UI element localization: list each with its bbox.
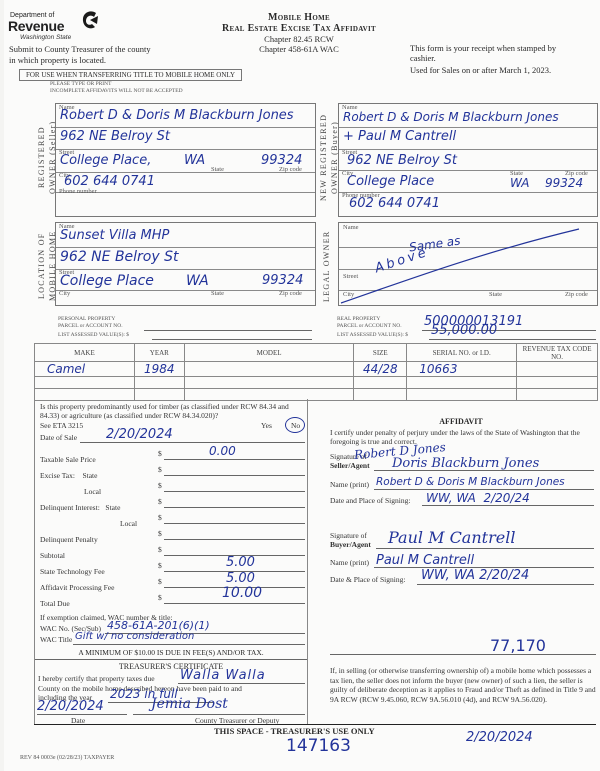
date-of-sale-field[interactable]: 2/20/2024 <box>80 433 305 443</box>
seller-date-label: Date and Place of Signing: <box>330 496 410 505</box>
cell-tax-code[interactable] <box>517 389 598 401</box>
col-make: MAKE <box>35 344 135 362</box>
table-header-row: MAKE YEAR MODEL SIZE SERIAL NO. or I.D. … <box>35 344 598 362</box>
affidavit-heading: AFFIDAVIT <box>330 417 592 426</box>
dor-swoosh-icon <box>80 10 100 32</box>
dor-logo: Department of Revenue Washington State <box>8 10 98 44</box>
seller-name-field[interactable]: Robert D & Doris M Blackburn Jones <box>60 108 294 123</box>
currency-symbol: $ <box>158 577 162 586</box>
buyer-city-field[interactable]: College Place <box>347 174 434 189</box>
location-zip-field[interactable]: 99324 <box>262 273 303 288</box>
state-label: State <box>211 290 224 297</box>
buyer-name-label: Name (print) <box>330 558 369 567</box>
legal-owner-section-label: LEGAL OWNER <box>322 222 336 310</box>
real-parcel-label: PARCEL or ACCOUNT NO. <box>337 323 402 329</box>
cell-serial[interactable]: 10663 <box>407 362 517 377</box>
title-line-2: Real Estate Excise Tax Affidavit <box>194 23 404 34</box>
buyer-date-label: Date & Place of Signing: <box>330 575 405 584</box>
legal-owner-box: Name Street City State Zip code Same as … <box>338 222 598 306</box>
tax-line-value: 5.00 <box>226 571 255 586</box>
buyer-signature-field[interactable]: Paul M Cantrell <box>376 538 594 549</box>
buyer-print-name: Paul M Cantrell <box>376 553 474 568</box>
personal-parcel-field[interactable] <box>144 322 312 331</box>
minimum-due-note: A MINIMUM OF $10.00 IS DUE IN FEE(S) AND… <box>35 648 307 657</box>
personal-property-heading: PERSONAL PROPERTY <box>58 316 115 322</box>
wac-title-field[interactable]: Gift w/ no consideration <box>73 635 305 645</box>
taxable-price-field[interactable]: 0.00 <box>164 449 305 460</box>
treasurer-cert-text-1: I hereby certify that property taxes due <box>38 674 155 683</box>
excise-state-field[interactable] <box>164 465 305 476</box>
currency-symbol: $ <box>158 593 162 602</box>
location-label-line: LOCATION OF <box>37 233 46 300</box>
delinquent-penalty-field[interactable] <box>164 529 305 540</box>
zip-label: Zip code <box>279 290 302 297</box>
tax-lines: Taxable Sale Price $ 0.00 Excise Tax: St… <box>40 449 305 609</box>
receipt-note-line: This form is your receipt when stamped b… <box>410 43 600 53</box>
seller-street-field[interactable]: 962 NE Belroy St <box>60 129 170 144</box>
receipt-note-line: cashier. <box>410 53 600 63</box>
buyer-zip-field[interactable]: 99324 <box>545 176 583 190</box>
tax-line: State Technology Fee $ 5.00 <box>40 561 305 577</box>
wac-title-label: WAC Title <box>40 635 72 644</box>
cell-make[interactable]: Camel <box>35 362 135 377</box>
cert-date-field[interactable]: 2/20/2024 <box>37 704 127 715</box>
cell-size[interactable] <box>354 377 407 389</box>
cell-year[interactable] <box>134 377 184 389</box>
county-value: Walla Walla <box>180 668 266 683</box>
tax-line-value: 0.00 <box>209 444 236 458</box>
lien-notice: If, in selling (or otherwise transferrin… <box>330 666 596 704</box>
cell-model[interactable] <box>184 377 354 389</box>
buyer-label-line: NEW REGISTERED <box>319 113 328 200</box>
tax-line-label: Taxable Sale Price <box>40 455 96 464</box>
selected-circle <box>285 417 305 433</box>
cell-serial[interactable] <box>407 389 517 401</box>
chapter-wac: Chapter 458-61A WAC <box>194 44 404 54</box>
buyer-date-value: WW, WA 2/20/24 <box>421 568 529 583</box>
real-assessed-label: LIST ASSESSED VALUE(S): $ <box>337 332 408 338</box>
title-line-1: Mobile Home <box>194 12 404 23</box>
cell-size[interactable] <box>354 389 407 401</box>
tax-line-label: Excise Tax: State <box>40 471 97 480</box>
tax-line: Delinquent Penalty $ <box>40 529 305 545</box>
cert-date-value: 2/20/2024 <box>37 699 104 714</box>
currency-symbol: $ <box>158 513 162 522</box>
city-label: City <box>59 290 70 297</box>
table-row: Camel 1984 44/28 10663 <box>35 362 598 377</box>
date-of-sale-label: Date of Sale <box>40 433 77 442</box>
real-property-heading: REAL PROPERTY <box>337 316 380 322</box>
currency-symbol: $ <box>158 545 162 554</box>
timber-yes-option[interactable]: Yes <box>261 421 272 430</box>
currency-symbol: $ <box>158 481 162 490</box>
stamp-date: 2/20/2024 <box>466 730 533 745</box>
receipt-note: This form is your receipt when stamped b… <box>410 43 600 75</box>
total-due-field[interactable]: 10.00 <box>164 593 305 604</box>
county-field[interactable]: Walla Walla <box>178 674 305 684</box>
tax-line-label: Delinquent Penalty <box>40 535 98 544</box>
incomplete-note: INCOMPLETE AFFIDAVITS WILL NOT BE ACCEPT… <box>50 88 183 94</box>
receipt-number-line: 77,170 <box>330 640 596 655</box>
cell-year[interactable]: 1984 <box>134 362 184 377</box>
buyer-signature: Paul M Cantrell <box>388 528 515 547</box>
buyer-box: Name Robert D & Doris M Blackburn Jones … <box>338 103 598 217</box>
currency-symbol: $ <box>158 497 162 506</box>
affidavit-section: AFFIDAVIT I certify under penalty of per… <box>330 417 592 446</box>
mobile-home-table: MAKE YEAR MODEL SIZE SERIAL NO. or I.D. … <box>34 343 598 401</box>
sales-date-note: Used for Sales on or after March 1, 2023… <box>410 65 600 75</box>
type-or-print-note: PLEASE TYPE OR PRINT <box>50 81 111 87</box>
buyer-street-field[interactable]: 962 NE Belroy St <box>347 153 457 168</box>
currency-symbol: $ <box>158 449 162 458</box>
buyer-sig-label-1: Signature of <box>330 531 367 540</box>
tax-line-label: Local <box>40 519 137 528</box>
seller-print-name: Robert D & Doris M Blackburn Jones <box>376 476 565 488</box>
timber-question: Is this property predominantly used for … <box>40 402 302 420</box>
delinquent-interest-local-field[interactable] <box>164 513 305 524</box>
buyer-date-field[interactable]: WW, WA 2/20/24 <box>417 574 594 585</box>
buyer-phone-field[interactable]: 602 644 0741 <box>349 196 440 211</box>
col-size: SIZE <box>354 344 407 362</box>
treasurer-signature: Jemia Dost <box>151 696 228 712</box>
col-tax-code: REVENUE TAX CODE NO. <box>517 344 598 362</box>
personal-assessed-label: LIST ASSESSED VALUE(S): $ <box>58 332 129 338</box>
delinquent-interest-state-field[interactable] <box>164 497 305 508</box>
real-assessed-field[interactable]: 55,000.00 <box>429 331 596 340</box>
tax-line-label: Total Due <box>40 599 70 608</box>
logo-revenue: Revenue <box>8 18 64 34</box>
seller-signature-2: Doris Blackburn Jones <box>392 456 539 471</box>
seller-state-field[interactable]: WA <box>184 153 205 168</box>
location-street-field[interactable]: 962 NE Belroy St <box>60 249 178 265</box>
transfer-banner: FOR USE WHEN TRANSFERRING TITLE TO MOBIL… <box>19 69 242 81</box>
tax-line: Affidavit Processing Fee $ 5.00 <box>40 577 305 593</box>
affidavit-page: Department of Revenue Washington State S… <box>4 0 600 771</box>
cell-make[interactable] <box>35 377 135 389</box>
seller-sig-label-2: Seller/Agent <box>330 461 370 470</box>
zip-label: Zip code <box>279 166 302 173</box>
tax-line: Taxable Sale Price $ 0.00 <box>40 449 305 465</box>
tax-line: Delinquent Interest: State $ <box>40 497 305 513</box>
location-state-field[interactable]: WA <box>186 273 209 289</box>
table-row <box>35 377 598 389</box>
tax-line-label: Delinquent Interest: State <box>40 503 120 512</box>
affidavit-text: I certify under penalty of perjury under… <box>330 428 592 446</box>
seller-box: Name Robert D & Doris M Blackburn Jones … <box>55 103 316 217</box>
currency-symbol: $ <box>158 465 162 474</box>
buyer-name-field-2[interactable]: + Paul M Cantrell <box>343 129 456 144</box>
treasurer-use-divider <box>34 724 596 725</box>
tax-line-label: Affidavit Processing Fee <box>40 583 114 592</box>
cell-model[interactable] <box>184 362 354 377</box>
cell-size[interactable]: 44/28 <box>354 362 407 377</box>
seller-phone-field[interactable]: 602 644 0741 <box>64 174 155 189</box>
logo-state: Washington State <box>20 34 71 41</box>
buyer-state-field[interactable]: WA <box>510 176 529 190</box>
location-box: Name Sunset Villa MHP 962 NE Belroy St S… <box>55 222 316 306</box>
receipt-number: 77,170 <box>490 636 546 655</box>
treasurer-signature-field[interactable]: Jemia Dost <box>133 704 305 715</box>
location-name-field[interactable]: Sunset Villa MHP <box>60 228 169 243</box>
submit-note-line: in which property is located. <box>9 55 151 66</box>
stamp-number: 147163 <box>286 736 351 756</box>
seller-signature-field[interactable]: Robert D Jones Doris Blackburn Jones <box>374 460 594 471</box>
submit-note: Submit to County Treasurer of the county… <box>9 44 151 66</box>
personal-parcel-label: PARCEL or ACCOUNT NO. <box>58 323 123 329</box>
col-model: MODEL <box>184 344 354 362</box>
tax-line: Subtotal $ <box>40 545 305 561</box>
tax-line-value: 10.00 <box>222 585 262 601</box>
currency-symbol: $ <box>158 561 162 570</box>
cell-tax-code[interactable] <box>517 362 598 377</box>
tax-line: Local $ <box>40 513 305 529</box>
seller-label-line: REGISTERED <box>37 126 46 188</box>
seller-date-field[interactable]: WW, WA 2/20/24 <box>422 495 594 506</box>
buyer-sig-label-2: Buyer/Agent <box>330 540 371 549</box>
tax-line: Excise Tax: State $ <box>40 465 305 481</box>
tax-line-label: State Technology Fee <box>40 567 105 576</box>
form-id: REV 84 0003e (02/28/23) TAXPAYER <box>20 755 114 761</box>
submit-note-line: Submit to County Treasurer of the county <box>9 44 151 55</box>
buyer-print-name-field[interactable]: Paul M Cantrell <box>374 557 594 568</box>
see-eta: See ETA 3215 <box>40 421 83 430</box>
treasurer-cert-heading: TREASURER'S CERTIFICATE <box>35 662 307 671</box>
tax-line-label: Subtotal <box>40 551 65 560</box>
state-label: State <box>211 166 224 173</box>
real-assessed-value: 55,000.00 <box>431 323 497 338</box>
col-serial: SERIAL NO. or I.D. <box>407 344 517 362</box>
personal-assessed-field[interactable] <box>152 331 312 340</box>
tax-line-value: 5.00 <box>226 555 255 570</box>
currency-symbol: $ <box>158 529 162 538</box>
col-year: YEAR <box>134 344 184 362</box>
cell-serial[interactable] <box>407 377 517 389</box>
phone-label: Phone number <box>59 188 97 195</box>
seller-city-field[interactable]: College Place, <box>60 153 151 168</box>
location-city-field[interactable]: College Place <box>60 273 154 289</box>
form-title: Mobile Home Real Estate Excise Tax Affid… <box>194 12 404 54</box>
cell-tax-code[interactable] <box>517 377 598 389</box>
chapter-rcw: Chapter 82.45 RCW <box>194 34 404 44</box>
excise-local-field[interactable] <box>164 481 305 492</box>
wac-title-value: Gift w/ no consideration <box>75 631 194 642</box>
tax-section: Is this property predominantly used for … <box>34 399 308 724</box>
date-of-sale-value: 2/20/2024 <box>106 427 173 442</box>
tax-line: Local $ <box>40 481 305 497</box>
tax-line-label: Local <box>40 487 101 496</box>
treasurer-use-label: THIS SPACE - TREASURER'S USE ONLY <box>214 726 375 736</box>
tax-line: Total Due $ 10.00 <box>40 593 305 609</box>
seller-date-value: WW, WA 2/20/24 <box>426 491 530 505</box>
seller-name-label: Name (print) <box>330 480 369 489</box>
seller-print-name-field[interactable]: Robert D & Doris M Blackburn Jones <box>374 479 594 490</box>
buyer-name-field-1[interactable]: Robert D & Doris M Blackburn Jones <box>343 110 559 124</box>
